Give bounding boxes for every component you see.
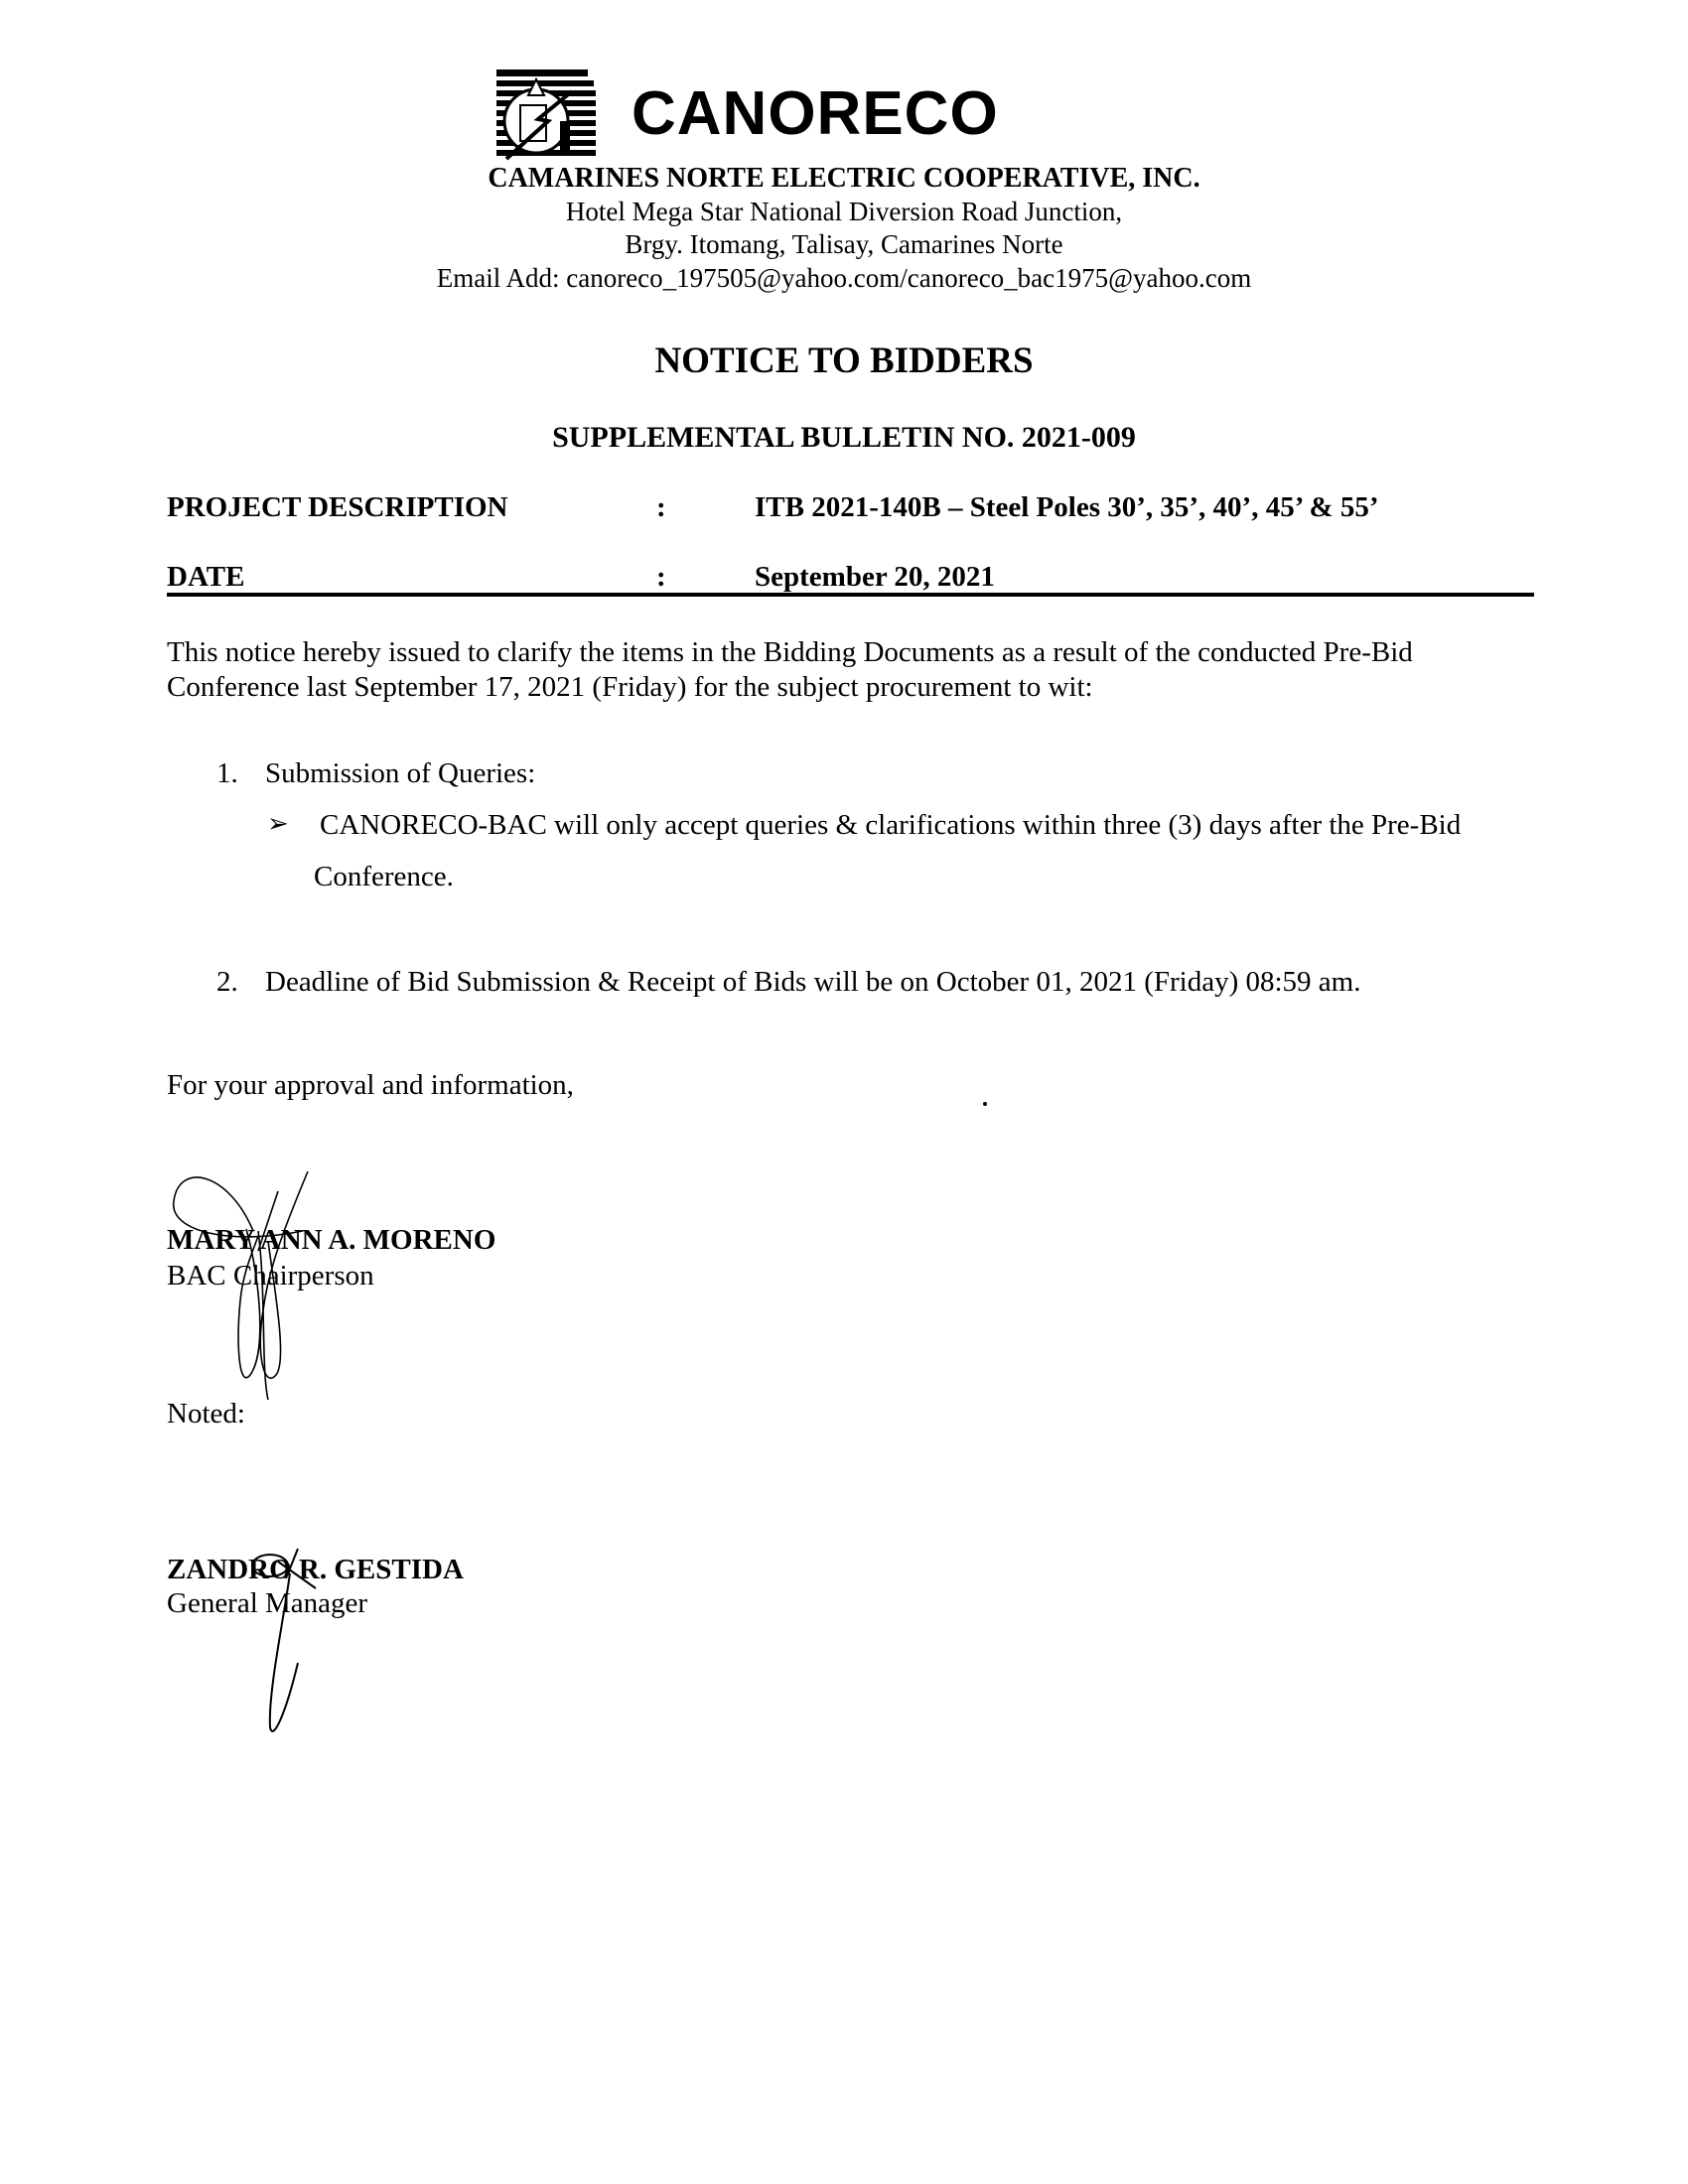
intro-line-1: This notice hereby issued to clarify the… <box>167 638 1413 667</box>
closing-text: For your approval and information, <box>167 1071 574 1100</box>
item-number: 1. <box>216 759 238 788</box>
field-separator: : <box>656 563 666 592</box>
item-number: 2. <box>216 968 238 997</box>
header-divider <box>167 593 1534 597</box>
field-separator: : <box>656 493 666 522</box>
field-value: ITB 2021-140B – Steel Poles 30’, 35’, 40… <box>755 493 1379 522</box>
email-line: Email Add: canoreco_197505@yahoo.com/can… <box>0 265 1688 292</box>
sub-item-line-2: Conference. <box>314 863 454 891</box>
field-label: PROJECT DESCRIPTION <box>167 493 508 522</box>
bulletin-number: SUPPLEMENTAL BULLETIN NO. 2021-009 <box>0 423 1688 453</box>
sub-item-line-1: CANORECO-BAC will only accept queries & … <box>320 811 1461 840</box>
signatory-title: BAC Chairperson <box>167 1262 374 1291</box>
signatory-name: ZANDRO R. GESTIDA <box>167 1556 464 1584</box>
field-label: DATE <box>167 563 244 592</box>
address-line-2: Brgy. Itomang, Talisay, Camarines Norte <box>0 231 1688 258</box>
signatory-name: MARY ANN A. MORENO <box>167 1226 495 1255</box>
address-line-1: Hotel Mega Star National Diversion Road … <box>0 199 1688 225</box>
brand-name: CANORECO <box>632 83 999 145</box>
page-title: NOTICE TO BIDDERS <box>0 342 1688 379</box>
arrowhead-bullet-icon: ➢ <box>267 811 289 837</box>
field-value: September 20, 2021 <box>755 563 995 592</box>
intro-line-2: Conference last September 17, 2021 (Frid… <box>167 673 1093 702</box>
item-text: Deadline of Bid Submission & Receipt of … <box>265 968 1360 997</box>
stray-dot <box>983 1102 987 1106</box>
signatory-title: General Manager <box>167 1589 367 1618</box>
organization-name: CAMARINES NORTE ELECTRIC COOPERATIVE, IN… <box>0 165 1688 193</box>
noted-label: Noted: <box>167 1400 245 1429</box>
canoreco-logo-icon <box>492 66 598 165</box>
item-text: Submission of Queries: <box>265 759 535 788</box>
